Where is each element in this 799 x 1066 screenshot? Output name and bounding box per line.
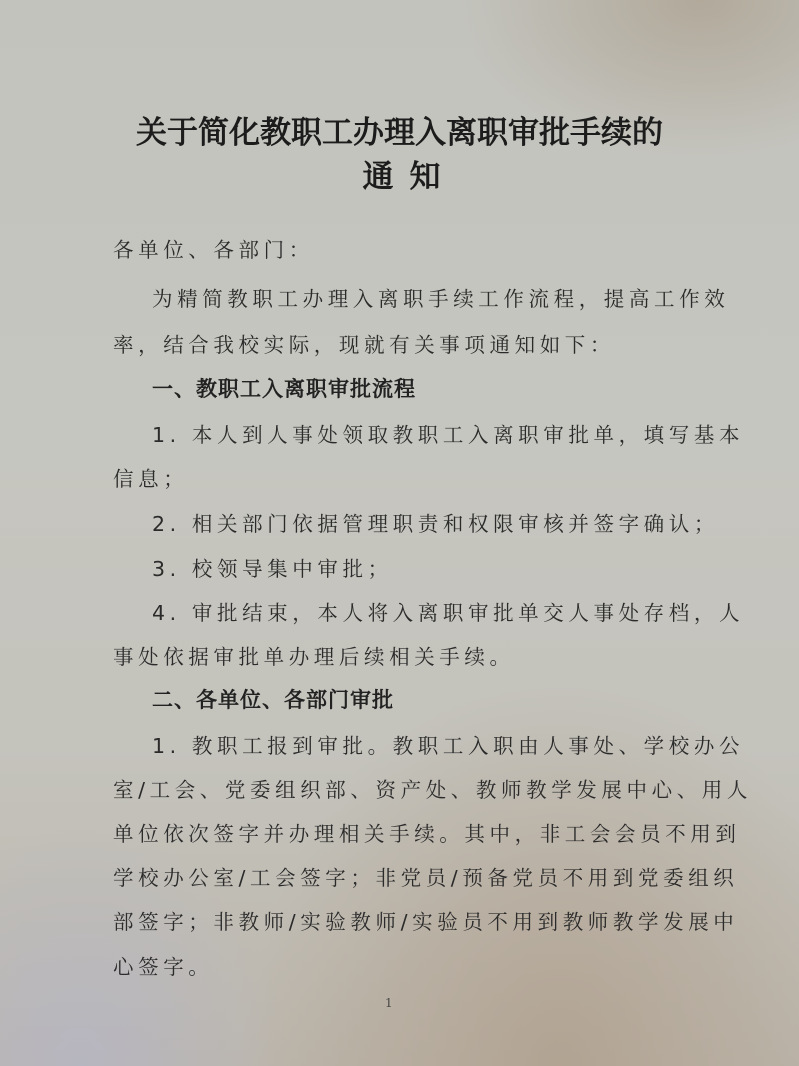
section2-heading: 二、各单位、各部门审批	[152, 684, 394, 714]
section1-item4-line2: 事处依据审批单办理后续相关手续。	[113, 640, 515, 670]
section1-item1-line2: 信息；	[113, 462, 188, 492]
document-page: 关于简化教职工办理入离职审批手续的 通知 各单位、各部门： 为精简教职工办理入离…	[0, 0, 799, 1066]
section2-item1-line5: 部签字；非教师/实验教师/实验员不用到教师教学发展中	[113, 905, 738, 935]
section1-item4-line1: 4. 审批结束，本人将入离职审批单交人事处存档，人	[152, 596, 744, 626]
section2-item1-line3: 单位依次签字并办理相关手续。其中，非工会会员不用到	[113, 817, 741, 847]
section2-item1-line1: 1. 教职工报到审批。教职工入职由人事处、学校办公	[152, 729, 744, 759]
intro-line-2: 率，结合我校实际，现就有关事项通知如下：	[113, 328, 615, 358]
section2-item1-line2: 室/工会、党委组织部、资产处、教师教学发展中心、用人	[113, 773, 752, 803]
section2-item1-line4: 学校办公室/工会签字；非党员/预备党员不用到党委组织	[113, 861, 738, 891]
section1-heading: 一、教职工入离职审批流程	[152, 373, 416, 403]
document-title-subtitle: 通知	[0, 151, 799, 196]
section1-item1-line1: 1. 本人到人事处领取教职工入离职审批单，填写基本	[152, 418, 744, 448]
salutation: 各单位、各部门：	[113, 233, 314, 263]
section2-item1-line6: 心签字。	[113, 950, 213, 980]
document-title: 关于简化教职工办理入离职审批手续的	[0, 107, 799, 152]
section1-item3: 3. 校领导集中审批；	[152, 552, 393, 582]
section1-item2: 2. 相关部门依据管理职责和权限审核并签字确认；	[152, 507, 719, 537]
page-number: 1	[385, 996, 393, 1010]
intro-line-1: 为精简教职工办理入离职手续工作流程，提高工作效	[152, 282, 729, 312]
